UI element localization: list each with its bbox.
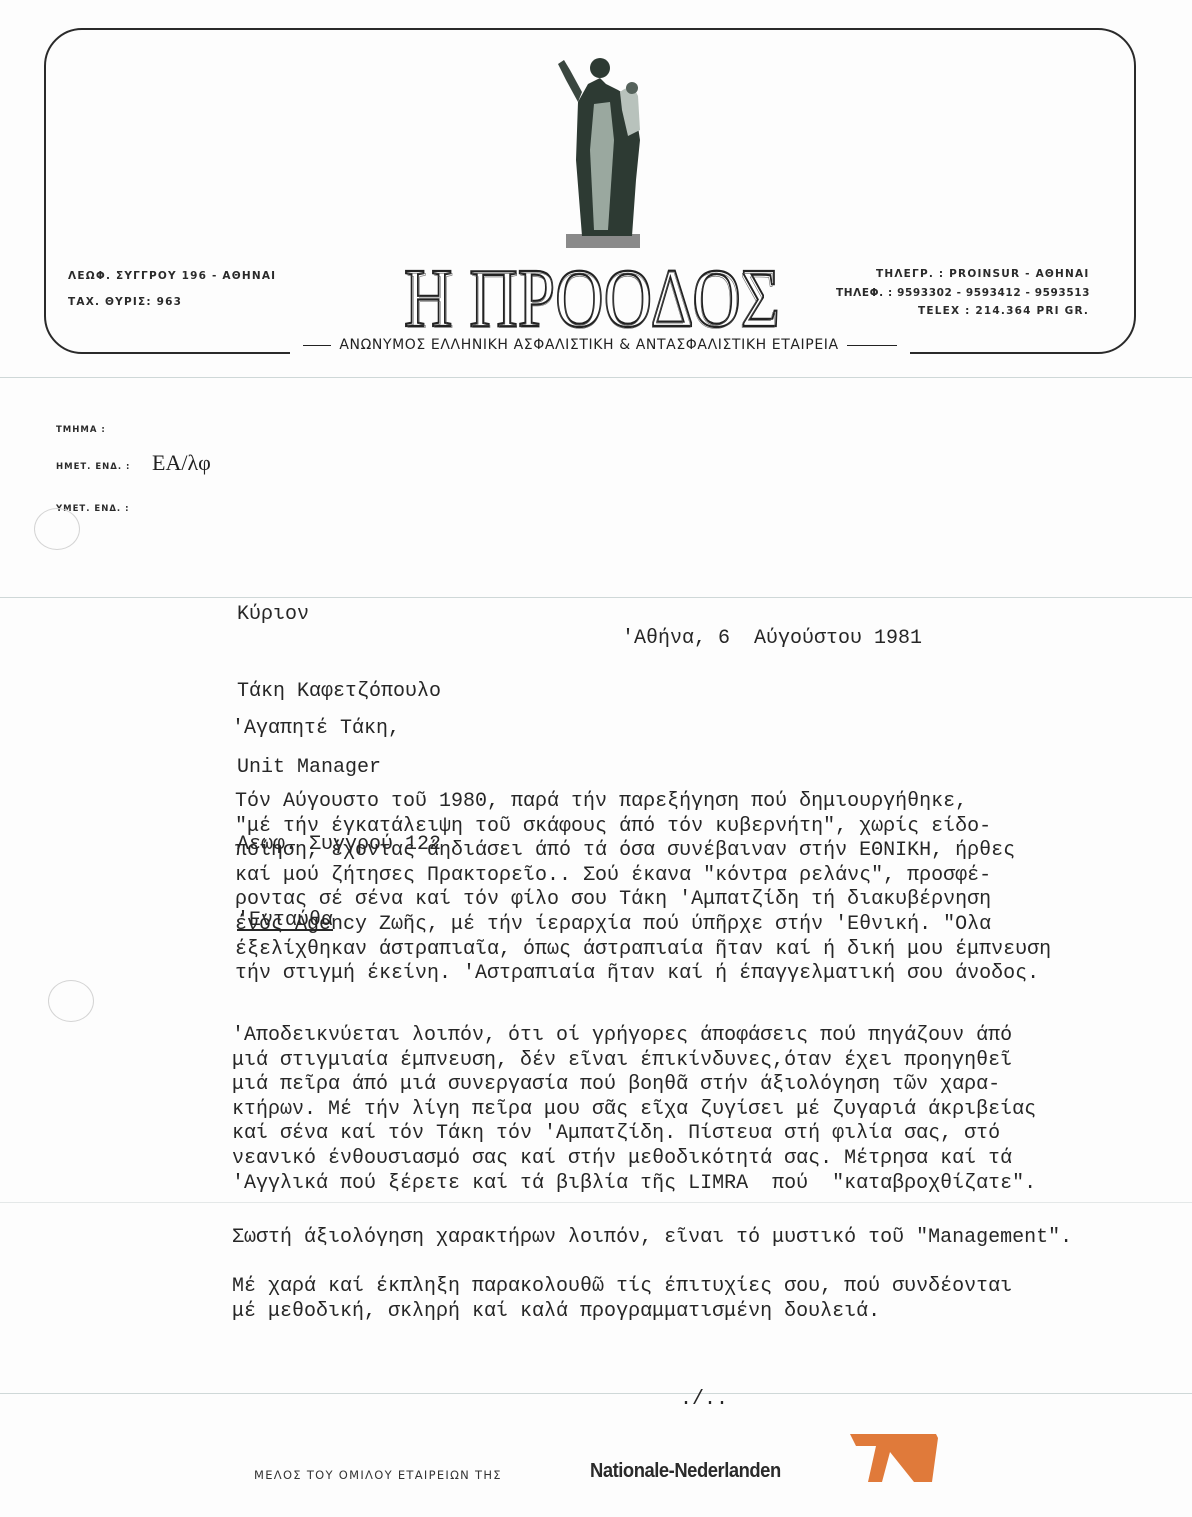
- telegraph-address: ΤΗΛΕΓΡ. : PROINSUR - ΑΘΗΝΑΙ: [876, 268, 1089, 280]
- body-paragraph-4: Μέ χαρά καί έκπληξη παρακολουθῶ τίς έπιτ…: [232, 1275, 1012, 1324]
- group-member-label: ΜΕΛΟΣ ΤΟΥ ΟΜΙΛΟΥ ΕΤΑΙΡΕΙΩΝ ΤΗΣ: [254, 1468, 502, 1482]
- body-line: μιά πεῖρα άπό μιά συνεργασία πού βοηθᾶ σ…: [232, 1073, 1036, 1098]
- scan-line: [0, 1202, 1192, 1203]
- recipient-position: Unit Manager: [237, 755, 441, 781]
- body-line: μιά στιγμιαία έμπνευση, δέν εῖναι έπικίν…: [232, 1049, 1036, 1074]
- divider: [847, 345, 897, 346]
- continuation-mark: ./..: [680, 1388, 728, 1413]
- body-paragraph-2: 'Αποδεικνύεται λοιπόν, ότι οί γρήγορες ά…: [232, 1024, 1036, 1196]
- body-line: Τόν Αύγουστο τοῦ 1980, παρά τήν παρεξήγη…: [235, 790, 1051, 815]
- body-line: Σωστή άξιολόγηση χαρακτήρων λοιπόν, εῖνα…: [232, 1226, 1072, 1251]
- body-line: ροντας σέ σένα καί τόν φίλο σου Τάκη 'Αμ…: [235, 888, 1051, 913]
- phone-numbers: ΤΗΛΕΦ. : 9593302 - 9593412 - 9593513: [836, 287, 1090, 299]
- body-line: μέ μεθοδική, σκληρή καί καλά προγραμματι…: [232, 1300, 1012, 1325]
- company-name-logo: Η ΠΡΟΟΔΟΣ Η ΠΡΟΟΔΟΣ: [400, 262, 784, 332]
- body-line: Μέ χαρά καί έκπληξη παρακολουθῶ τίς έπιτ…: [232, 1275, 1012, 1300]
- department-label: ΤΜΗΜΑ :: [56, 425, 106, 435]
- body-line: κτήρων. Μέ τήν λίγη πεῖρα μου σᾶς εῖχα ζ…: [232, 1098, 1036, 1123]
- body-line: 'Αγγλικά πού ξέρετε καί τά βιβλία τῆς LI…: [232, 1172, 1036, 1197]
- recipient-name: Τάκη Καφετζόπουλο: [237, 679, 441, 705]
- our-ref-label: ΗΜΕΤ. ΕΝΔ. :: [56, 462, 130, 472]
- tagline-text: ΑΝΩΝΥΜΟΣ ΕΛΛΗΝΙΚΗ ΑΣΦΑΛΙΣΤΙΚΗ & ΑΝΤΑΣΦΑΛ…: [339, 337, 838, 353]
- statue-emblem-icon: [548, 40, 656, 252]
- group-name: Nationale-Nederlanden: [590, 1460, 781, 1483]
- body-line: "μέ τήν έγκατάλειψη τοῦ σκάφους άπό τόν …: [235, 815, 1051, 840]
- body-line: 'Αποδεικνύεται λοιπόν, ότι οί γρήγορες ά…: [232, 1024, 1036, 1049]
- company-name-shadow: Η ΠΡΟΟΔΟΣ: [406, 262, 778, 332]
- our-ref-value: ΕΑ/λφ: [152, 450, 211, 476]
- punch-hole: [34, 508, 80, 550]
- body-line: καί μού ζήτησες Πρακτορεῖο.. Σού έκανα "…: [235, 864, 1051, 889]
- body-paragraph-3: Σωστή άξιολόγηση χαρακτήρων λοιπόν, εῖνα…: [232, 1226, 1072, 1251]
- recipient-title: Κύριον: [237, 602, 441, 628]
- po-box: ΤΑΧ. ΘΥΡΙΣ: 963: [68, 296, 182, 308]
- divider: [303, 345, 331, 346]
- body-line: ένός Agency Ζωῆς, μέ τήν ίεραρχία πού ύπ…: [235, 913, 1051, 938]
- body-line: έξελίχθηκαν άστραπιαῖα, όπως άστραπιαία …: [235, 938, 1051, 963]
- scan-line: [0, 597, 1192, 598]
- body-line: καί σένα καί τόν Τάκη τόν 'Αμπατζίδη. Πί…: [232, 1122, 1036, 1147]
- company-address: ΛΕΩΦ. ΣΥΓΓΡΟΥ 196 - ΑΘΗΝΑΙ: [68, 270, 276, 282]
- greeting: 'Αγαπητέ Τάκη,: [232, 717, 400, 742]
- nn-logo-icon: [848, 1432, 940, 1484]
- letter-date: 'Αθήνα, 6 Αύγούστου 1981: [622, 627, 922, 652]
- body-line: τήν στιγμή έκείνη. 'Αστραπιαία ῆταν καί …: [235, 962, 1051, 987]
- body-line: νεανικό ένθουσιασμό σας καί στήν μεθοδικ…: [232, 1147, 1036, 1172]
- telex-number: TELEX : 214.364 PRI GR.: [918, 305, 1089, 317]
- punch-hole: [48, 980, 94, 1022]
- company-tagline: ΑΝΩΝΥΜΟΣ ΕΛΛΗΝΙΚΗ ΑΣΦΑΛΙΣΤΙΚΗ & ΑΝΤΑΣΦΑΛ…: [290, 337, 910, 363]
- body-line: ποίηση, έχοντας άηδιάσει άπό τά όσα συνέ…: [235, 839, 1051, 864]
- body-paragraph-1: Τόν Αύγουστο τοῦ 1980, παρά τήν παρεξήγη…: [235, 790, 1051, 987]
- scan-line: [0, 1393, 1192, 1394]
- scan-line: [0, 377, 1192, 378]
